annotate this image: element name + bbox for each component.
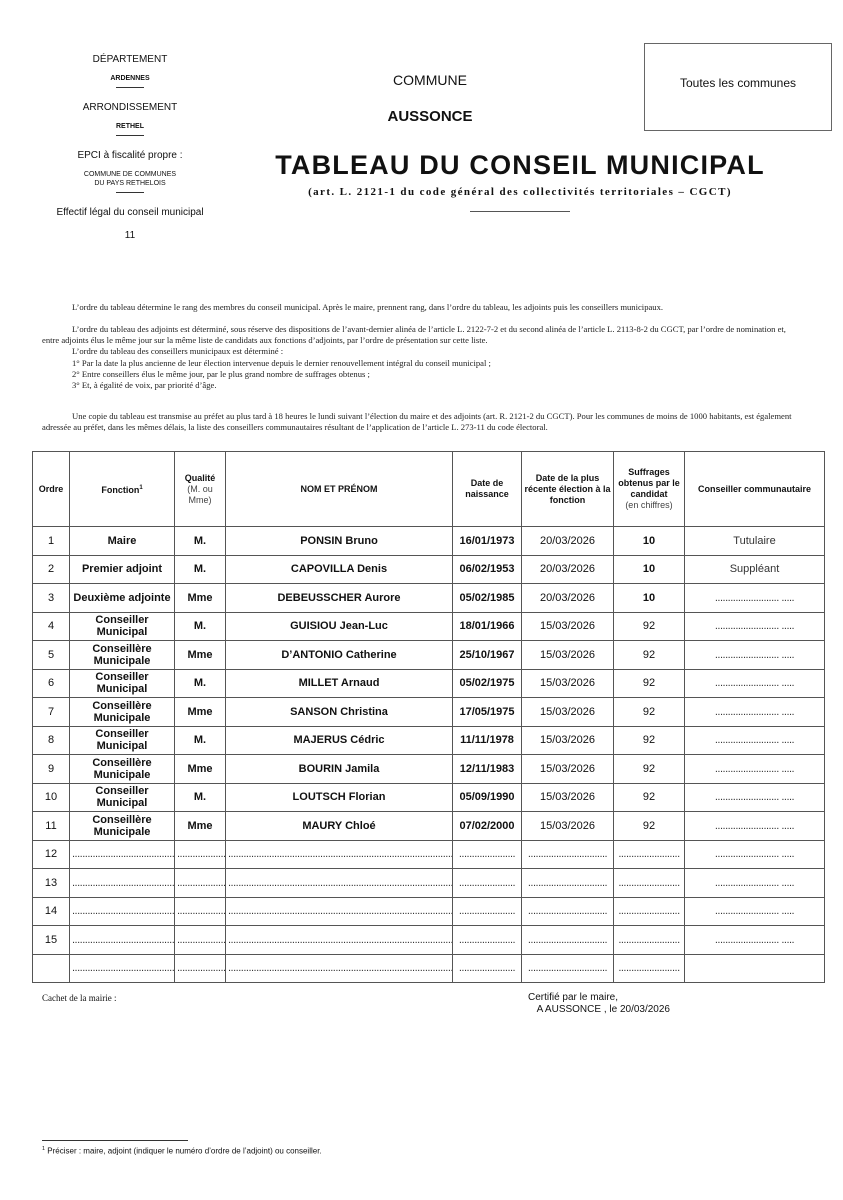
table-row: 10Conseiller MunicipalM.LOUTSCH Florian0… [33, 783, 825, 812]
cell-election-blank: ............................... [522, 869, 614, 898]
cell-election: 15/03/2026 [522, 612, 614, 641]
col-naissance: Date de naissance [453, 452, 522, 527]
cell-qualite: M. [175, 669, 226, 698]
title-rule [470, 211, 570, 212]
cell-communautaire: ......................... ..... [685, 641, 825, 670]
cell-fonction-blank: ........................................… [70, 954, 175, 983]
col-nom: NOM ET PRÉNOM [226, 452, 453, 527]
col-ordre: Ordre [33, 452, 70, 527]
cell-naissance: 05/09/1990 [453, 783, 522, 812]
certify-line1: Certifié par le maire, [440, 992, 670, 1004]
cell-nom-blank: ........................................… [226, 897, 453, 926]
cell-qualite: Mme [175, 698, 226, 727]
cell-election-blank: ............................... [522, 926, 614, 955]
arrondissement-value: RETHEL [40, 122, 220, 131]
council-table: Ordre Fonction1 Qualité(M. ou Mme) NOM E… [32, 451, 825, 983]
scope-text: Toutes les communes [680, 76, 796, 90]
document-subtitle: (art. L. 2121-1 du code général des coll… [250, 186, 790, 198]
cell-election: 15/03/2026 [522, 783, 614, 812]
intro-paragraph: L’ordre du tableau détermine le rang des… [42, 302, 804, 313]
arrondissement-label: ARRONDISSEMENT [40, 102, 220, 114]
cell-naissance: 12/11/1983 [453, 755, 522, 784]
cell-suffrages: 92 [614, 783, 685, 812]
commune-label: COMMUNE [320, 72, 540, 88]
cell-communautaire-blank: ......................... ..... [685, 869, 825, 898]
cell-nom: MAJERUS Cédric [226, 726, 453, 755]
cell-election: 15/03/2026 [522, 812, 614, 841]
cell-qualite: M. [175, 726, 226, 755]
cell-qualite-blank: .................... [175, 840, 226, 869]
cell-election: 20/03/2026 [522, 584, 614, 613]
cell-naissance-blank: ...................... [453, 926, 522, 955]
cell-suffrages-blank: ........................ [614, 926, 685, 955]
cell-election: 15/03/2026 [522, 641, 614, 670]
cell-ordre: 7 [33, 698, 70, 727]
cell-qualite-blank: .................... [175, 926, 226, 955]
cell-communautaire: ......................... ..... [685, 669, 825, 698]
cell-naissance-blank: ...................... [453, 869, 522, 898]
footnote-rule [42, 1140, 188, 1141]
col-fonction: Fonction1 [70, 452, 175, 527]
cell-fonction: Deuxième adjointe [70, 584, 175, 613]
cell-suffrages: 10 [614, 527, 685, 556]
cell-qualite: M. [175, 612, 226, 641]
blank-table-row: 12......................................… [33, 840, 825, 869]
cell-communautaire: ......................... ..... [685, 584, 825, 613]
document-title: TABLEAU DU CONSEIL MUNICIPAL [250, 150, 790, 181]
cell-communautaire: ......................... ..... [685, 783, 825, 812]
table-row: 3Deuxième adjointeMmeDEBEUSSCHER Aurore0… [33, 584, 825, 613]
cell-communautaire-blank: ......................... ..... [685, 926, 825, 955]
cell-nom-blank: ........................................… [226, 869, 453, 898]
cell-suffrages: 92 [614, 755, 685, 784]
cell-communautaire: ......................... ..... [685, 612, 825, 641]
cell-suffrages: 92 [614, 641, 685, 670]
cell-nom: CAPOVILLA Denis [226, 555, 453, 584]
footnote: 1 Préciser : maire, adjoint (indiquer le… [42, 1146, 322, 1156]
cell-ordre: 15 [33, 926, 70, 955]
cell-ordre: 13 [33, 869, 70, 898]
cell-suffrages-blank: ........................ [614, 954, 685, 983]
epci-label: EPCI à fiscalité propre : [40, 150, 220, 162]
table-row: 1MaireM.PONSIN Bruno16/01/197320/03/2026… [33, 527, 825, 556]
cell-naissance-blank: ...................... [453, 954, 522, 983]
cell-ordre: 11 [33, 812, 70, 841]
table-row: 6Conseiller MunicipalM.MILLET Arnaud05/0… [33, 669, 825, 698]
table-row: 7Conseillère MunicipaleMmeSANSON Christi… [33, 698, 825, 727]
cell-nom: MILLET Arnaud [226, 669, 453, 698]
cell-suffrages: 92 [614, 698, 685, 727]
cell-fonction: Conseillère Municipale [70, 641, 175, 670]
cell-suffrages: 10 [614, 584, 685, 613]
cell-nom: BOURIN Jamila [226, 755, 453, 784]
cell-fonction: Conseillère Municipale [70, 698, 175, 727]
cell-nom-blank: ........................................… [226, 840, 453, 869]
cell-election: 15/03/2026 [522, 669, 614, 698]
effectif-value: 11 [40, 230, 220, 241]
cell-naissance: 06/02/1953 [453, 555, 522, 584]
cell-ordre: 12 [33, 840, 70, 869]
cell-fonction: Conseillère Municipale [70, 755, 175, 784]
table-row: 2Premier adjointM.CAPOVILLA Denis06/02/1… [33, 555, 825, 584]
cell-ordre: 10 [33, 783, 70, 812]
table-row: 11Conseillère MunicipaleMmeMAURY Chloé07… [33, 812, 825, 841]
paragraph-transmission: Une copie du tableau est transmise au pr… [42, 411, 804, 433]
paragraph-rank: L’ordre du tableau détermine le rang des… [42, 302, 804, 313]
cell-naissance: 16/01/1973 [453, 527, 522, 556]
cell-nom: MAURY Chloé [226, 812, 453, 841]
cell-election: 15/03/2026 [522, 726, 614, 755]
rule-2: 2° Entre conseillers élus le même jour, … [42, 369, 804, 380]
cell-qualite-blank: .................... [175, 897, 226, 926]
departement-value: ARDENNES [40, 74, 220, 83]
cell-naissance: 11/11/1978 [453, 726, 522, 755]
commune-name: AUSSONCE [320, 108, 540, 125]
separator [116, 87, 144, 88]
cell-communautaire-blank: ......................... ..... [685, 897, 825, 926]
cell-ordre: 2 [33, 555, 70, 584]
blank-table-row: ........................................… [33, 954, 825, 983]
col-suffrages: Suffrages obtenus par le candidat(en chi… [614, 452, 685, 527]
cell-ordre: 9 [33, 755, 70, 784]
cell-suffrages-blank: ........................ [614, 869, 685, 898]
cell-nom: LOUTSCH Florian [226, 783, 453, 812]
cell-fonction: Conseiller Municipal [70, 726, 175, 755]
cell-election-blank: ............................... [522, 840, 614, 869]
cell-qualite: Mme [175, 584, 226, 613]
cell-election-blank: ............................... [522, 954, 614, 983]
cell-communautaire: ......................... ..... [685, 698, 825, 727]
certification: Certifié par le maire, A AUSSONCE , le 2… [440, 992, 670, 1016]
cell-fonction: Maire [70, 527, 175, 556]
cell-election-blank: ............................... [522, 897, 614, 926]
cell-communautaire: ......................... ..... [685, 726, 825, 755]
cell-communautaire: ......................... ..... [685, 812, 825, 841]
cell-suffrages-blank: ........................ [614, 897, 685, 926]
cell-qualite: Mme [175, 641, 226, 670]
cell-naissance: 18/01/1966 [453, 612, 522, 641]
paragraph-adjoints: L’ordre du tableau des adjoints est déte… [42, 324, 804, 346]
rules-block: L’ordre du tableau des adjoints est déte… [42, 324, 804, 391]
cell-nom: GUISIOU Jean-Luc [226, 612, 453, 641]
certify-line2: A AUSSONCE , le 20/03/2026 [440, 1004, 670, 1016]
cell-communautaire: Suppléant [685, 555, 825, 584]
cell-ordre: 5 [33, 641, 70, 670]
cell-suffrages: 92 [614, 612, 685, 641]
col-election: Date de la plus récente élection à la fo… [522, 452, 614, 527]
rule-3: 3° Et, à égalité de voix, par priorité d… [42, 380, 804, 391]
paragraph-conseillers: L’ordre du tableau des conseillers munic… [42, 346, 804, 357]
cell-suffrages: 10 [614, 555, 685, 584]
cell-suffrages: 92 [614, 669, 685, 698]
cell-election: 20/03/2026 [522, 555, 614, 584]
cell-qualite-blank: .................... [175, 869, 226, 898]
cell-ordre: 4 [33, 612, 70, 641]
cell-nom-blank: ........................................… [226, 926, 453, 955]
cell-ordre: 6 [33, 669, 70, 698]
cell-fonction-blank: ........................................… [70, 926, 175, 955]
table-row: 8Conseiller MunicipalM.MAJERUS Cédric11/… [33, 726, 825, 755]
cell-nom: PONSIN Bruno [226, 527, 453, 556]
blank-table-row: 13......................................… [33, 869, 825, 898]
cell-qualite: Mme [175, 812, 226, 841]
effectif-label: Effectif légal du conseil municipal [40, 207, 220, 218]
cell-nom-blank: ........................................… [226, 954, 453, 983]
stamp-label: Cachet de la mairie : [42, 993, 116, 1003]
table-row: 9Conseillère MunicipaleMmeBOURIN Jamila1… [33, 755, 825, 784]
table-row: 4Conseiller MunicipalM.GUISIOU Jean-Luc1… [33, 612, 825, 641]
departement-label: DÉPARTEMENT [40, 54, 220, 66]
cell-communautaire-empty [685, 954, 825, 983]
cell-election: 15/03/2026 [522, 755, 614, 784]
cell-election: 20/03/2026 [522, 527, 614, 556]
cell-qualite-blank: .................... [175, 954, 226, 983]
cell-suffrages-blank: ........................ [614, 840, 685, 869]
col-communautaire: Conseiller communautaire [685, 452, 825, 527]
cell-naissance: 17/05/1975 [453, 698, 522, 727]
cell-qualite: M. [175, 555, 226, 584]
table-row: 5Conseillère MunicipaleMmeD’ANTONIO Cath… [33, 641, 825, 670]
cell-naissance-blank: ...................... [453, 840, 522, 869]
cell-ordre: 8 [33, 726, 70, 755]
cell-naissance: 05/02/1975 [453, 669, 522, 698]
cell-qualite: M. [175, 783, 226, 812]
blank-table-row: 14......................................… [33, 897, 825, 926]
cell-communautaire: ......................... ..... [685, 755, 825, 784]
cell-fonction: Conseiller Municipal [70, 783, 175, 812]
blank-table-row: 15......................................… [33, 926, 825, 955]
scope-box: Toutes les communes [644, 43, 832, 131]
cell-election: 15/03/2026 [522, 698, 614, 727]
transmission-paragraph: Une copie du tableau est transmise au pr… [42, 411, 804, 433]
cell-nom: D’ANTONIO Catherine [226, 641, 453, 670]
cell-fonction: Conseiller Municipal [70, 612, 175, 641]
administrative-info: DÉPARTEMENT ARDENNES ARRONDISSEMENT RETH… [40, 54, 220, 241]
cell-fonction-blank: ........................................… [70, 869, 175, 898]
cell-nom: DEBEUSSCHER Aurore [226, 584, 453, 613]
cell-fonction-blank: ........................................… [70, 840, 175, 869]
cell-nom: SANSON Christina [226, 698, 453, 727]
cell-qualite: Mme [175, 755, 226, 784]
cell-communautaire-blank: ......................... ..... [685, 840, 825, 869]
cell-ordre: 1 [33, 527, 70, 556]
cell-naissance: 05/02/1985 [453, 584, 522, 613]
cell-fonction-blank: ........................................… [70, 897, 175, 926]
separator [116, 192, 144, 193]
cell-fonction: Conseiller Municipal [70, 669, 175, 698]
cell-fonction: Conseillère Municipale [70, 812, 175, 841]
col-qualite: Qualité(M. ou Mme) [175, 452, 226, 527]
rule-1: 1° Par la date la plus ancienne de leur … [42, 358, 804, 369]
cell-qualite: M. [175, 527, 226, 556]
cell-suffrages: 92 [614, 812, 685, 841]
cell-ordre: 14 [33, 897, 70, 926]
cell-naissance-blank: ...................... [453, 897, 522, 926]
separator [116, 135, 144, 136]
cell-suffrages: 92 [614, 726, 685, 755]
epci-value-line1: COMMUNE DE COMMUNES [40, 170, 220, 179]
cell-naissance: 07/02/2000 [453, 812, 522, 841]
table-header-row: Ordre Fonction1 Qualité(M. ou Mme) NOM E… [33, 452, 825, 527]
epci-value-line2: DU PAYS RETHELOIS [40, 179, 220, 188]
cell-ordre: 3 [33, 584, 70, 613]
cell-communautaire: Tutulaire [685, 527, 825, 556]
cell-naissance: 25/10/1967 [453, 641, 522, 670]
cell-ordre [33, 954, 70, 983]
cell-fonction: Premier adjoint [70, 555, 175, 584]
